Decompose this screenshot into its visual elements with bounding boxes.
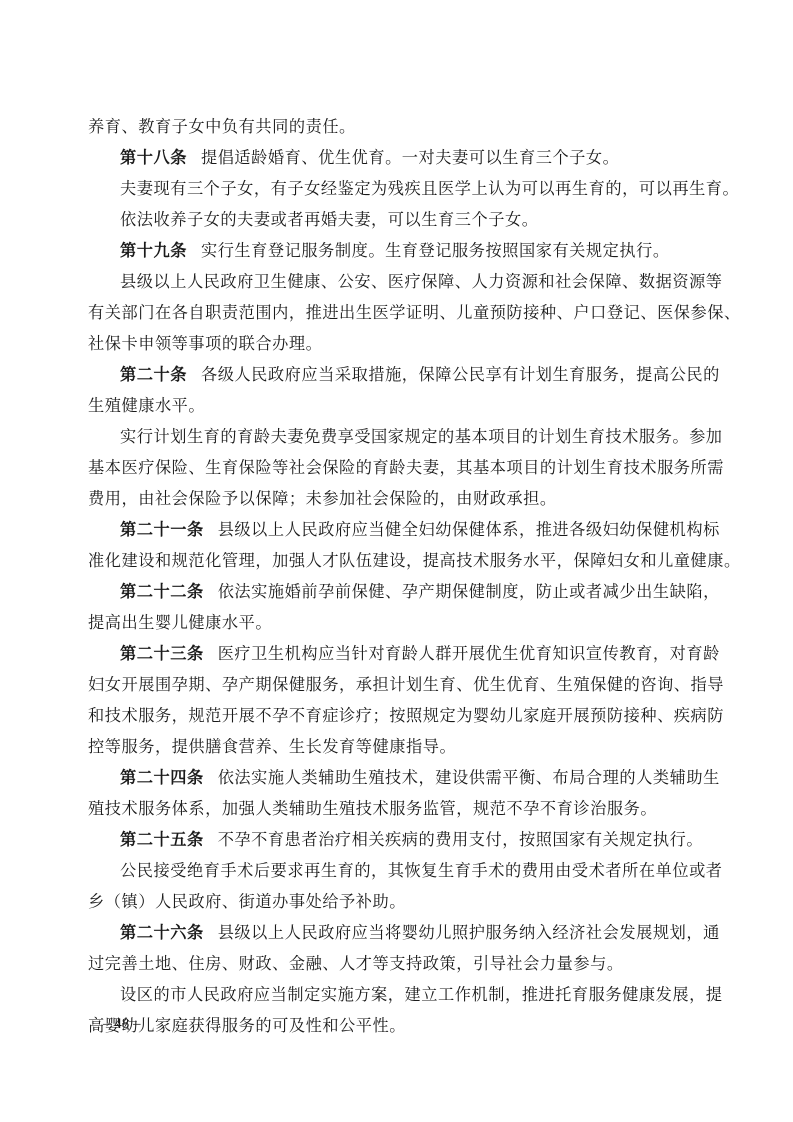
line-text: 准化建设和规范化管理，加强人才队伍建设，提高技术服务水平，保障妇女和儿童健康。 <box>88 551 741 570</box>
text-line: 公民接受绝育手术后要求再生育的，其恢复生育手术的费用由受术者所在单位或者 <box>88 855 712 886</box>
text-line: 实行计划生育的育龄夫妻免费享受国家规定的基本项目的计划生育技术服务。参加 <box>88 421 712 452</box>
line-text: 县级以上人民政府卫生健康、公安、医疗保障、人力资源和社会保障、数据资源等 <box>120 272 723 291</box>
article-number: 第二十五条 <box>120 830 204 849</box>
line-text: 提高出生婴儿健康水平。 <box>88 613 272 632</box>
text-line: 依法收养子女的夫妻或者再婚夫妻，可以生育三个子女。 <box>88 204 712 235</box>
text-line: 生殖健康水平。 <box>88 390 712 421</box>
line-text: 依法实施人类辅助生殖技术，建设供需平衡、布局合理的人类辅助生 <box>218 768 720 787</box>
article-number: 第二十三条 <box>120 644 204 663</box>
text-line: 控等服务，提供膳食营养、生长发育等健康指导。 <box>88 731 712 762</box>
line-text: 殖技术服务体系，加强人类辅助生殖技术服务监管，规范不孕不育诊治服务。 <box>88 799 657 818</box>
article-number: 第二十二条 <box>120 582 204 601</box>
text-line: 第二十二条依法实施婚前孕前保健、孕产期保健制度，防止或者减少出生缺陷， <box>88 576 712 607</box>
line-text: 妇女开展围孕期、孕产期保健服务，承担计划生育、优生优育、生殖保健的咨询、指导 <box>88 675 724 694</box>
text-line: 设区的市人民政府应当制定实施方案，建立工作机制，推进托育服务健康发展，提 <box>88 979 712 1010</box>
article-number: 第十九条 <box>120 241 187 260</box>
text-line: 第二十六条县级以上人民政府应当将婴幼儿照护服务纳入经济社会发展规划，通 <box>88 917 712 948</box>
line-text: 不孕不育患者治疗相关疾病的费用支付，按照国家有关规定执行。 <box>218 830 703 849</box>
text-line: 养育、教育子女中负有共同的责任。 <box>88 111 712 142</box>
line-text: 生殖健康水平。 <box>88 396 205 415</box>
line-text: 基本医疗保险、生育保险等社会保险的育龄夫妻，其基本项目的计划生育技术服务所需 <box>88 458 724 477</box>
article-number: 第二十条 <box>120 365 187 384</box>
line-text: 和技术服务，规范开展不孕不育症诊疗；按照规定为婴幼儿家庭开展预防接种、疾病防 <box>88 706 724 725</box>
text-line: 殖技术服务体系，加强人类辅助生殖技术服务监管，规范不孕不育诊治服务。 <box>88 793 712 824</box>
line-text: 县级以上人民政府应当将婴幼儿照护服务纳入经济社会发展规划，通 <box>218 923 720 942</box>
line-text: 县级以上人民政府应当健全妇幼保健体系，推进各级妇幼保健机构标 <box>218 520 720 539</box>
line-text: 依法实施婚前孕前保健、孕产期保健制度，防止或者减少出生缺陷， <box>218 582 720 601</box>
line-text: 公民接受绝育手术后要求再生育的，其恢复生育手术的费用由受术者所在单位或者 <box>120 861 723 880</box>
text-line: 县级以上人民政府卫生健康、公安、医疗保障、人力资源和社会保障、数据资源等 <box>88 266 712 297</box>
article-number: 第二十六条 <box>120 923 204 942</box>
text-line: 第二十五条不孕不育患者治疗相关疾病的费用支付，按照国家有关规定执行。 <box>88 824 712 855</box>
text-line: 夫妻现有三个子女，有子女经鉴定为残疾且医学上认为可以再生育的，可以再生育。 <box>88 173 712 204</box>
text-line: 过完善土地、住房、财政、金融、人才等支持政策，引导社会力量参与。 <box>88 948 712 979</box>
line-text: 各级人民政府应当采取措施，保障公民享有计划生育服务，提高公民的 <box>201 365 720 384</box>
text-line: 第二十四条依法实施人类辅助生殖技术，建设供需平衡、布局合理的人类辅助生 <box>88 762 712 793</box>
article-number: 第二十一条 <box>120 520 204 539</box>
text-line: 和技术服务，规范开展不孕不育症诊疗；按照规定为婴幼儿家庭开展预防接种、疾病防 <box>88 700 712 731</box>
text-line: 第十九条实行生育登记服务制度。生育登记服务按照国家有关规定执行。 <box>88 235 712 266</box>
line-text: 依法收养子女的夫妻或者再婚夫妻，可以生育三个子女。 <box>120 210 538 229</box>
document-page: 养育、教育子女中负有共同的责任。第十八条提倡适龄婚育、优生优育。一对夫妻可以生育… <box>88 111 712 1041</box>
line-text: 控等服务，提供膳食营养、生长发育等健康指导。 <box>88 737 456 756</box>
text-line: 有关部门在各自职责范围内，推进出生医学证明、儿童预防接种、户口登记、医保参保、 <box>88 297 712 328</box>
text-line: 社保卡申领等事项的联合办理。 <box>88 328 712 359</box>
text-line: 准化建设和规范化管理，加强人才队伍建设，提高技术服务水平，保障妇女和儿童健康。 <box>88 545 712 576</box>
line-text: 医疗卫生机构应当针对育龄人群开展优生优育知识宣传教育，对育龄 <box>218 644 720 663</box>
text-line: 基本医疗保险、生育保险等社会保险的育龄夫妻，其基本项目的计划生育技术服务所需 <box>88 452 712 483</box>
text-line: 第十八条提倡适龄婚育、优生优育。一对夫妻可以生育三个子女。 <box>88 142 712 173</box>
text-line: 第二十条各级人民政府应当采取措施，保障公民享有计划生育服务，提高公民的 <box>88 359 712 390</box>
line-text: 社保卡申领等事项的联合办理。 <box>88 334 322 353</box>
line-text: 夫妻现有三个子女，有子女经鉴定为残疾且医学上认为可以再生育的，可以再生育。 <box>120 179 739 198</box>
text-line: 提高出生婴儿健康水平。 <box>88 607 712 638</box>
line-text: 养育、教育子女中负有共同的责任。 <box>88 117 356 136</box>
line-text: 过完善土地、住房、财政、金融、人才等支持政策，引导社会力量参与。 <box>88 954 624 973</box>
line-text: 设区的市人民政府应当制定实施方案，建立工作机制，推进托育服务健康发展，提 <box>120 985 723 1004</box>
line-text: 费用，由社会保险予以保障；未参加社会保险的，由财政承担。 <box>88 489 557 508</box>
text-line: 乡（镇）人民政府、街道办事处给予补助。 <box>88 886 712 917</box>
text-line: 费用，由社会保险予以保障；未参加社会保险的，由财政承担。 <box>88 483 712 514</box>
article-number: 第二十四条 <box>120 768 204 787</box>
line-text: 有关部门在各自职责范围内，推进出生医学证明、儿童预防接种、户口登记、医保参保、 <box>88 303 741 322</box>
line-text: 乡（镇）人民政府、街道办事处给予补助。 <box>88 892 406 911</box>
text-line: 第二十一条县级以上人民政府应当健全妇幼保健体系，推进各级妇幼保健机构标 <box>88 514 712 545</box>
page-number: – 48 – <box>103 1016 141 1033</box>
text-line: 第二十三条医疗卫生机构应当针对育龄人群开展优生优育知识宣传教育，对育龄 <box>88 638 712 669</box>
line-text: 实行生育登记服务制度。生育登记服务按照国家有关规定执行。 <box>201 241 670 260</box>
text-line: 妇女开展围孕期、孕产期保健服务，承担计划生育、优生优育、生殖保健的咨询、指导 <box>88 669 712 700</box>
line-text: 实行计划生育的育龄夫妻免费享受国家规定的基本项目的计划生育技术服务。参加 <box>120 427 723 446</box>
line-text: 提倡适龄婚育、优生优育。一对夫妻可以生育三个子女。 <box>201 148 619 167</box>
text-line: 高婴幼儿家庭获得服务的可及性和公平性。 <box>88 1010 712 1041</box>
article-number: 第十八条 <box>120 148 187 167</box>
